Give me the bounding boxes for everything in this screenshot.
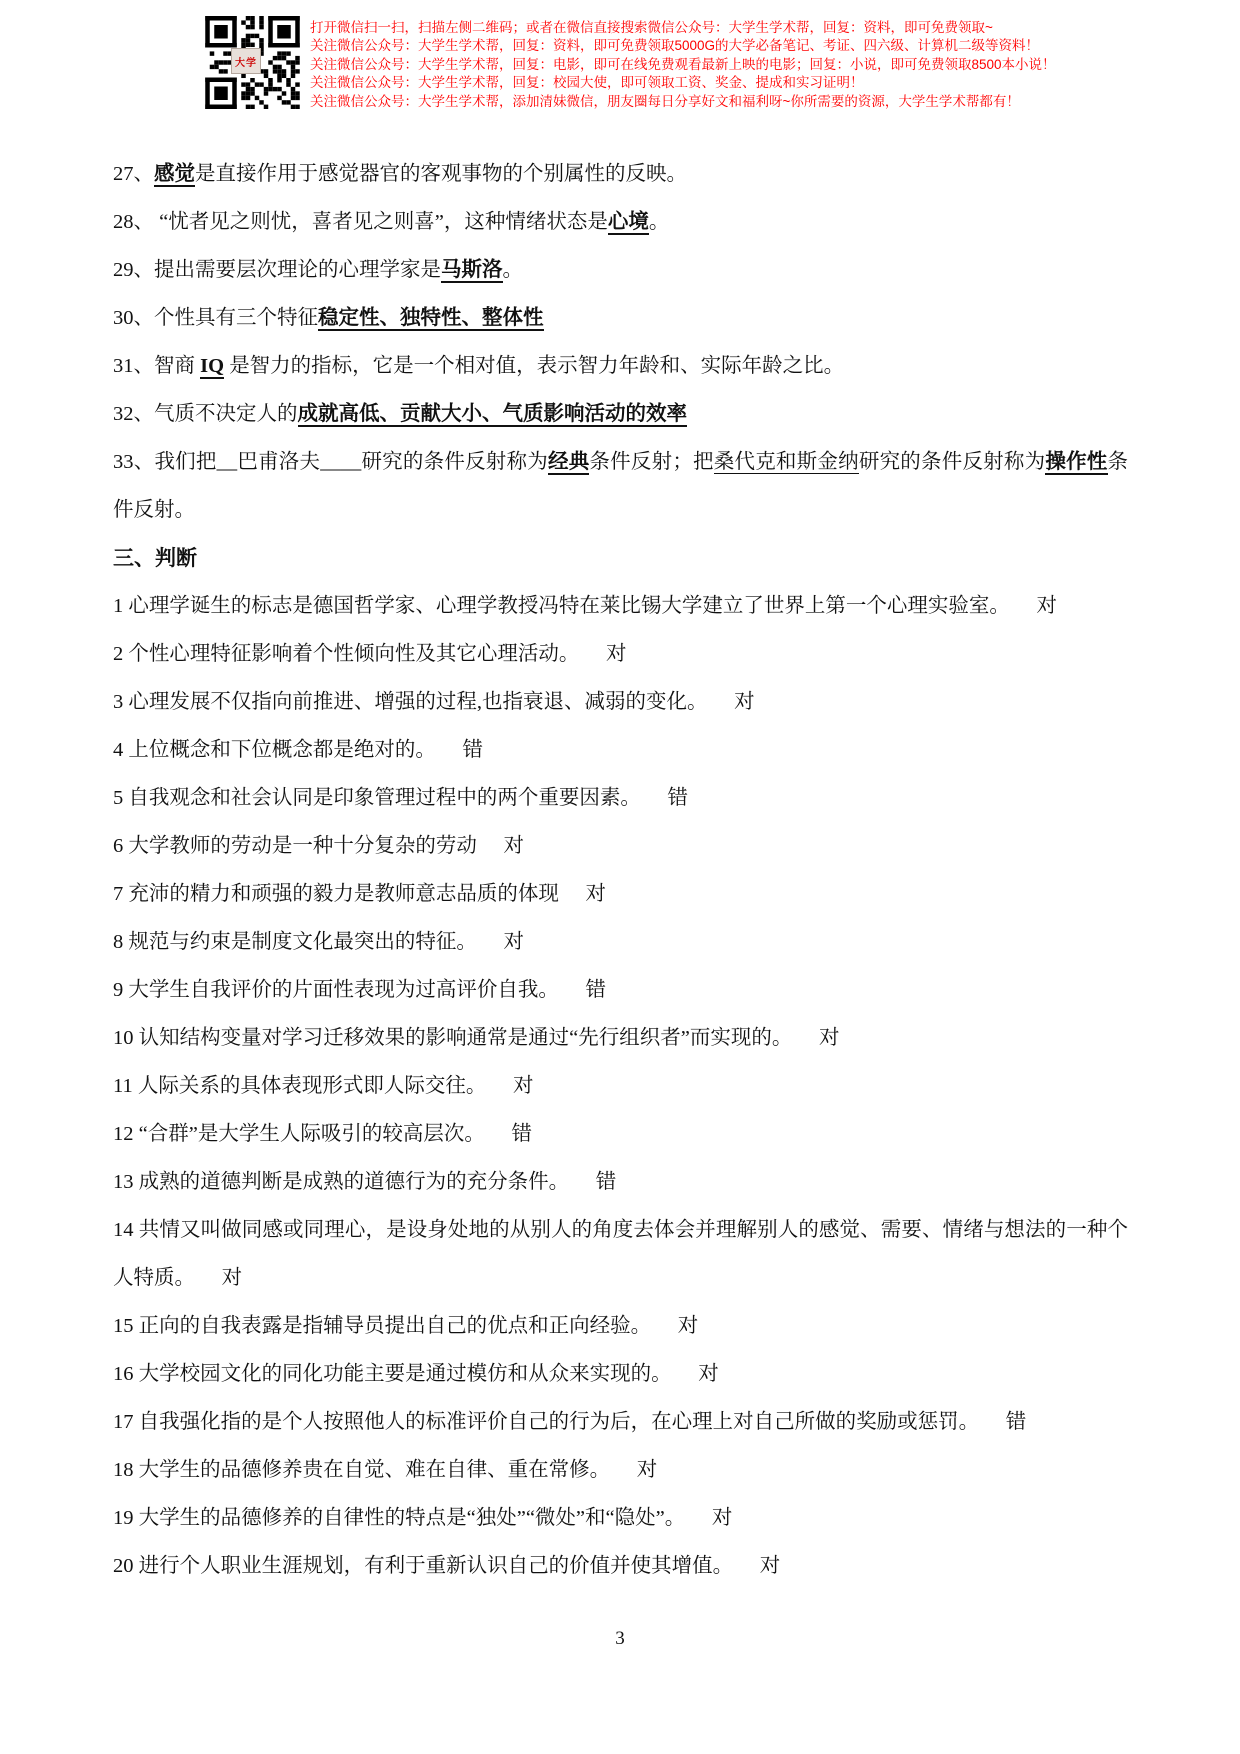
judgment-answer: 错 — [511, 1123, 532, 1145]
promo-header: 大学 打开微信扫一扫，扫描左侧二维码；或者在微信直接搜索微信公众号：大学生学术帮… — [205, 16, 1056, 111]
fill-blank-item: 31、智商 IQ 是智力的指标，它是一个相对值，表示智力年龄和、实际年龄之比。 — [113, 342, 1128, 390]
judgment-item: 2 个性心理特征影响着个性倾向性及其它心理活动。对 — [113, 630, 1128, 678]
judgment-item: 17 自我强化指的是个人按照他人的标准评价自己的行为后，在心理上对自己所做的奖励… — [113, 1398, 1128, 1446]
blank-answer: 操作性 — [1045, 451, 1107, 475]
fill-blank-item: 30、个性具有三个特征稳定性、独特性、整体性 — [113, 294, 1128, 342]
blank-answer: 桑代克和斯金纳 — [714, 451, 859, 474]
judgment-answer: 对 — [504, 835, 525, 857]
promo-line: 关注微信公众号：大学生学术帮，回复：电影，即可在线免费观看最新上映的电影；回复：… — [310, 56, 1056, 74]
judgment-answer: 错 — [668, 787, 689, 809]
fill-blank-item: 27、感觉是直接作用于感觉器官的客观事物的个别属性的反映。 — [113, 150, 1128, 198]
qr-center-logo: 大学 — [231, 48, 261, 74]
promo-line: 关注微信公众号：大学生学术帮，添加清妹微信，朋友圈每日分享好文和福利呀~你所需要… — [310, 93, 1056, 111]
judgment-item: 12 “合群”是大学生人际吸引的较高层次。错 — [113, 1110, 1128, 1158]
question-text: 。 — [649, 211, 670, 233]
judgment-text: 4 上位概念和下位概念都是绝对的。 — [113, 739, 436, 761]
judgment-item: 18 大学生的品德修养贵在自觉、难在自律、重在常修。对 — [113, 1446, 1128, 1494]
judgment-item: 7 充沛的精力和顽强的毅力是教师意志品质的体现对 — [113, 870, 1128, 918]
judgment-answer: 对 — [734, 691, 755, 713]
judgment-answer: 对 — [606, 643, 627, 665]
blank-answer: 经典 — [548, 451, 589, 475]
judgment-text: 14 共情又叫做同感或同理心，是设身处地的从别人的角度去体会并理解别人的感觉、需… — [113, 1219, 1128, 1289]
judgment-text: 6 大学教师的劳动是一种十分复杂的劳动 — [113, 835, 477, 857]
judgment-answer: 对 — [712, 1507, 733, 1529]
promo-line: 打开微信扫一扫，扫描左侧二维码；或者在微信直接搜索微信公众号：大学生学术帮，回复… — [310, 19, 1056, 37]
judgment-answer: 错 — [586, 979, 607, 1001]
judgment-item: 3 心理发展不仅指向前推进、增强的过程,也指衰退、减弱的变化。对 — [113, 678, 1128, 726]
judgment-text: 1 心理学诞生的标志是德国哲学家、心理学教授冯特在莱比锡大学建立了世界上第一个心… — [113, 595, 1010, 617]
fill-blank-section: 27、感觉是直接作用于感觉器官的客观事物的个别属性的反映。28、 “忧者见之则忧… — [113, 150, 1128, 534]
blank-answer: 心境 — [608, 211, 649, 235]
promo-line: 关注微信公众号：大学生学术帮，回复：校园大使，即可领取工资、奖金、提成和实习证明… — [310, 74, 1056, 92]
judgment-section: 1 心理学诞生的标志是德国哲学家、心理学教授冯特在莱比锡大学建立了世界上第一个心… — [113, 582, 1128, 1590]
blank-answer: IQ — [200, 355, 224, 379]
fill-blank-item: 28、 “忧者见之则忧，喜者见之则喜”，这种情绪状态是心境。 — [113, 198, 1128, 246]
judgment-item: 19 大学生的品德修养的自律性的特点是“独处”“微处”和“隐处”。对 — [113, 1494, 1128, 1542]
judgment-answer: 错 — [596, 1171, 617, 1193]
judgment-answer: 错 — [463, 739, 484, 761]
judgment-item: 14 共情又叫做同感或同理心，是设身处地的从别人的角度去体会并理解别人的感觉、需… — [113, 1206, 1128, 1302]
judgment-text: 10 认知结构变量对学习迁移效果的影响通常是通过“先行组织者”而实现的。 — [113, 1027, 792, 1049]
promo-text: 打开微信扫一扫，扫描左侧二维码；或者在微信直接搜索微信公众号：大学生学术帮，回复… — [310, 16, 1056, 111]
question-text: 29、提出需要层次理论的心理学家是 — [113, 259, 441, 281]
judgment-text: 20 进行个人职业生涯规划，有利于重新认识自己的价值并使其增值。 — [113, 1555, 733, 1577]
fill-blank-item: 33、我们把__巴甫洛夫____研究的条件反射称为经典条件反射；把桑代克和斯金纳… — [113, 438, 1128, 534]
question-text: 28、 “忧者见之则忧，喜者见之则喜”，这种情绪状态是 — [113, 211, 608, 233]
judgment-item: 13 成熟的道德判断是成熟的道德行为的充分条件。错 — [113, 1158, 1128, 1206]
judgment-answer: 对 — [504, 931, 525, 953]
blank-answer: 感觉 — [154, 163, 195, 187]
section-heading-judgment: 三、判断 — [113, 534, 1128, 582]
judgment-text: 18 大学生的品德修养贵在自觉、难在自律、重在常修。 — [113, 1459, 610, 1481]
question-text: 条件反射；把 — [589, 451, 713, 473]
judgment-answer: 对 — [222, 1267, 243, 1289]
question-text: 33、我们把__巴甫洛夫____研究的条件反射称为 — [113, 451, 548, 473]
question-text: 是直接作用于感觉器官的客观事物的个别属性的反映。 — [195, 163, 687, 185]
judgment-text: 19 大学生的品德修养的自律性的特点是“独处”“微处”和“隐处”。 — [113, 1507, 685, 1529]
judgment-answer: 错 — [1006, 1411, 1027, 1433]
document-page: 大学 打开微信扫一扫，扫描左侧二维码；或者在微信直接搜索微信公众号：大学生学术帮… — [0, 0, 1240, 1754]
blank-answer: 稳定性、独特性、整体性 — [318, 307, 544, 331]
judgment-answer: 对 — [637, 1459, 658, 1481]
question-text: 30、个性具有三个特征 — [113, 307, 318, 329]
judgment-text: 12 “合群”是大学生人际吸引的较高层次。 — [113, 1123, 485, 1145]
judgment-text: 7 充沛的精力和顽强的毅力是教师意志品质的体现 — [113, 883, 559, 905]
promo-line: 关注微信公众号：大学生学术帮，回复：资料，即可免费领取5000G的大学必备笔记、… — [310, 37, 1056, 55]
judgment-text: 2 个性心理特征影响着个性倾向性及其它心理活动。 — [113, 643, 579, 665]
judgment-answer: 对 — [586, 883, 607, 905]
judgment-answer: 对 — [1037, 595, 1058, 617]
judgment-text: 8 规范与约束是制度文化最突出的特征。 — [113, 931, 477, 953]
judgment-text: 11 人际关系的具体表现形式即人际交往。 — [113, 1075, 486, 1097]
question-text: 是智力的指标，它是一个相对值，表示智力年龄和、实际年龄之比。 — [224, 355, 844, 377]
judgment-answer: 对 — [698, 1363, 719, 1385]
judgment-text: 17 自我强化指的是个人按照他人的标准评价自己的行为后，在心理上对自己所做的奖励… — [113, 1411, 979, 1433]
judgment-item: 15 正向的自我表露是指辅导员提出自己的优点和正向经验。对 — [113, 1302, 1128, 1350]
judgment-text: 13 成熟的道德判断是成熟的道德行为的充分条件。 — [113, 1171, 569, 1193]
judgment-item: 4 上位概念和下位概念都是绝对的。错 — [113, 726, 1128, 774]
judgment-text: 16 大学校园文化的同化功能主要是通过模仿和从众来实现的。 — [113, 1363, 672, 1385]
question-text: 31、智商 — [113, 355, 200, 377]
judgment-answer: 对 — [513, 1075, 534, 1097]
question-text: 。 — [503, 259, 524, 281]
judgment-text: 3 心理发展不仅指向前推进、增强的过程,也指衰退、减弱的变化。 — [113, 691, 708, 713]
question-text: 27、 — [113, 163, 154, 185]
page-number: 3 — [0, 1628, 1240, 1650]
blank-answer: 马斯洛 — [441, 259, 503, 283]
judgment-item: 16 大学校园文化的同化功能主要是通过模仿和从众来实现的。对 — [113, 1350, 1128, 1398]
fill-blank-item: 32、气质不决定人的成就高低、贡献大小、气质影响活动的效率 — [113, 390, 1128, 438]
question-text: 32、气质不决定人的 — [113, 403, 298, 425]
judgment-text: 15 正向的自我表露是指辅导员提出自己的优点和正向经验。 — [113, 1315, 651, 1337]
judgment-text: 9 大学生自我评价的片面性表现为过高评价自我。 — [113, 979, 559, 1001]
blank-answer: 成就高低、贡献大小、气质影响活动的效率 — [298, 403, 688, 427]
judgment-answer: 对 — [819, 1027, 840, 1049]
judgment-item: 20 进行个人职业生涯规划，有利于重新认识自己的价值并使其增值。对 — [113, 1542, 1128, 1590]
judgment-item: 5 自我观念和社会认同是印象管理过程中的两个重要因素。错 — [113, 774, 1128, 822]
exam-content: 27、感觉是直接作用于感觉器官的客观事物的个别属性的反映。28、 “忧者见之则忧… — [113, 150, 1128, 1590]
judgment-item: 1 心理学诞生的标志是德国哲学家、心理学教授冯特在莱比锡大学建立了世界上第一个心… — [113, 582, 1128, 630]
fill-blank-item: 29、提出需要层次理论的心理学家是马斯洛。 — [113, 246, 1128, 294]
judgment-item: 11 人际关系的具体表现形式即人际交往。对 — [113, 1062, 1128, 1110]
judgment-answer: 对 — [678, 1315, 699, 1337]
judgment-item: 10 认知结构变量对学习迁移效果的影响通常是通过“先行组织者”而实现的。对 — [113, 1014, 1128, 1062]
judgment-answer: 对 — [760, 1555, 781, 1577]
question-text: 研究的条件反射称为 — [859, 451, 1046, 473]
judgment-text: 5 自我观念和社会认同是印象管理过程中的两个重要因素。 — [113, 787, 641, 809]
qr-code-icon: 大学 — [205, 16, 300, 109]
judgment-item: 8 规范与约束是制度文化最突出的特征。对 — [113, 918, 1128, 966]
judgment-item: 6 大学教师的劳动是一种十分复杂的劳动对 — [113, 822, 1128, 870]
judgment-item: 9 大学生自我评价的片面性表现为过高评价自我。错 — [113, 966, 1128, 1014]
